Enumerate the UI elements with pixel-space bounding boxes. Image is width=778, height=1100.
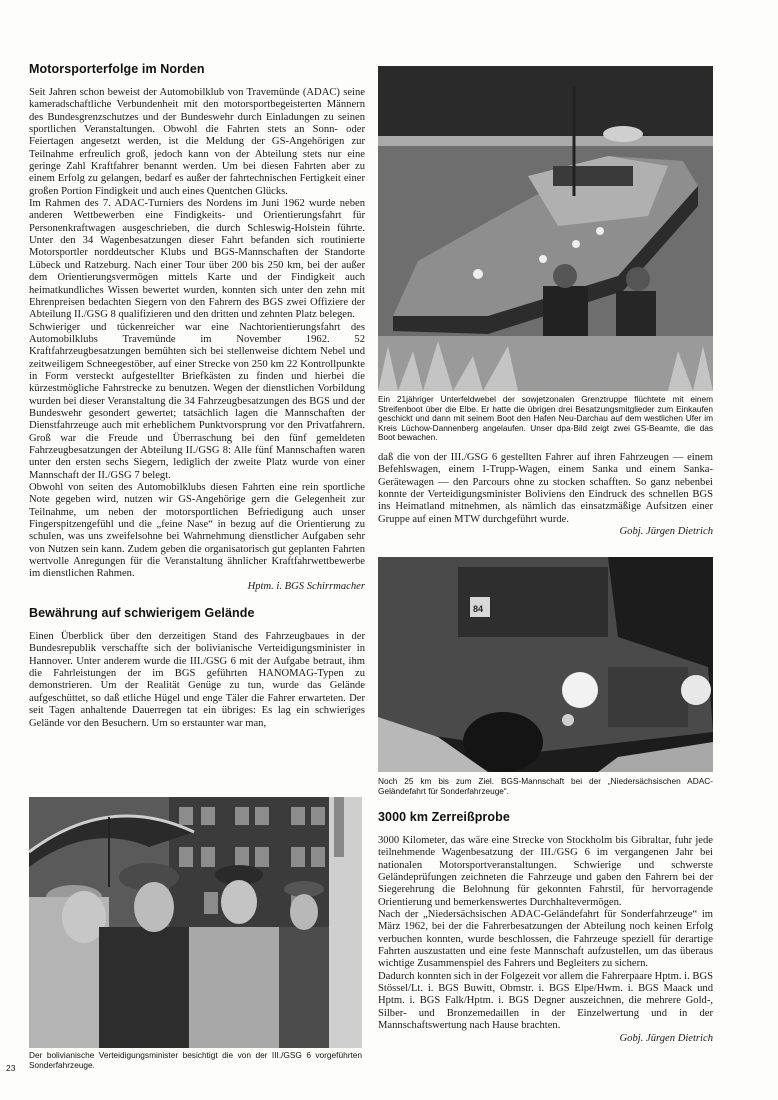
author-signature: Gobj. Jürgen Dietrich [378,1033,713,1045]
minister-photo-image [29,797,362,1048]
article-paragraph: Nach der „Niedersächsischen ADAC-Gelände… [378,909,713,971]
vehicle-photo-caption: Noch 25 km bis zum Ziel. BGS-Mannschaft … [378,777,713,796]
left-column: Motorsporterfolge im Norden Seit Jahren … [29,62,365,730]
article-heading-motorsport: Motorsporterfolge im Norden [29,62,365,76]
author-signature: Hptm. i. BGS Schirrmacher [29,581,365,593]
minister-photo [29,797,362,1048]
article-heading-zerreissprobe: 3000 km Zerreißprobe [378,810,713,824]
rally-number-plate: 84 [473,604,483,614]
boat-photo-caption: Ein 21jähriger Unterfeldwebel der sowjet… [378,395,713,443]
boat-photo [378,66,713,391]
article3: 3000 km Zerreißprobe 3000 Kilometer, das… [378,810,713,1045]
minister-photo-caption: Der bolivianische Verteidigungsminister … [29,1051,362,1070]
article-paragraph: daß die von der III./GSG 6 gestellten Fa… [378,452,713,526]
page-number: 23 [6,1063,15,1073]
article-paragraph: 3000 Kilometer, das wäre eine Strecke vo… [378,835,713,909]
article2-continuation: daß die von der III./GSG 6 gestellten Fa… [378,452,713,538]
author-signature: Gobj. Jürgen Dietrich [378,526,713,538]
article-paragraph: Einen Überblick über den derzeitigen Sta… [29,631,365,730]
boat-photo-image [378,66,713,391]
article-paragraph: Im Rahmen des 7. ADAC-Turniers des Norde… [29,198,365,321]
article-paragraph: Obwohl von seiten des Automobilklubs die… [29,482,365,581]
vehicle-photo-image: 84 [378,557,713,772]
article-paragraph: Dadurch konnten sich in der Folgezeit vo… [378,971,713,1033]
article-paragraph: Seit Jahren schon beweist der Automobilk… [29,87,365,198]
vehicle-photo: 84 [378,557,713,772]
article-paragraph: Schwieriger und tückenreicher war eine N… [29,322,365,482]
article-heading-gelaende: Bewährung auf schwierigem Gelände [29,606,365,620]
